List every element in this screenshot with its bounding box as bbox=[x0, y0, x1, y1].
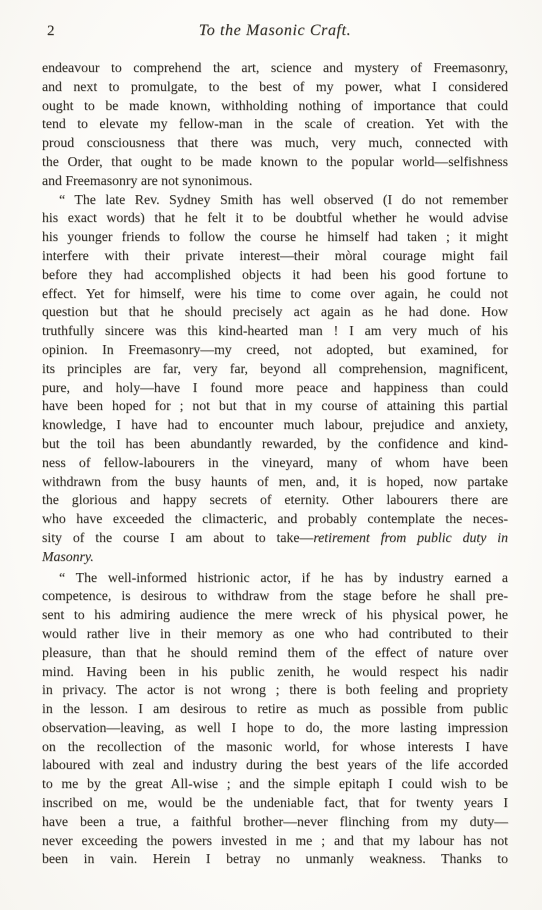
text-line: proud consciousness that there was much,… bbox=[42, 134, 508, 153]
text-line: pleasure, than that he should remind the… bbox=[42, 644, 508, 663]
text-line: would rather live in their memory as one… bbox=[42, 625, 508, 644]
text-line: effect. Yet for himself, were his time t… bbox=[42, 285, 508, 304]
page-number: 2 bbox=[47, 23, 55, 40]
text-line: observation—leaving, as well I hope to d… bbox=[42, 719, 508, 738]
book-page: 2 To the Masonic Craft. endeavour to com… bbox=[0, 0, 542, 910]
running-title: To the Masonic Craft. bbox=[42, 22, 508, 40]
text-line: interfere with their private interest—th… bbox=[42, 247, 508, 266]
text-line: ought to be made known, withholding noth… bbox=[42, 97, 508, 116]
text-line: competence, is desirous to withdraw from… bbox=[42, 587, 508, 606]
paragraph: endeavour to comprehend the art, science… bbox=[42, 59, 508, 191]
text-line: before they had accomplished objects it … bbox=[42, 266, 508, 285]
text-line: never exceeding the powers invested in m… bbox=[42, 832, 508, 851]
text-line: inscribed on me, would be the undeniable… bbox=[42, 794, 508, 813]
text-line: opinion. In Freemasonry—my creed, not ad… bbox=[42, 341, 508, 360]
page-body: endeavour to comprehend the art, science… bbox=[42, 59, 508, 869]
text-line: “ The well-informed histrionic actor, if… bbox=[42, 569, 508, 588]
text-line: have been a true, a faithful brother—nev… bbox=[42, 813, 508, 832]
page-header: 2 To the Masonic Craft. bbox=[42, 22, 508, 44]
text-line: sent to his admiring audience the mere w… bbox=[42, 606, 508, 625]
text-line: the glorious and happy secrets of eterni… bbox=[42, 491, 508, 510]
text-line: “ The late Rev. Sydney Smith has well ob… bbox=[42, 191, 508, 210]
text-line: tend to elevate my fellow-man in the sca… bbox=[42, 115, 508, 134]
text-line: endeavour to comprehend the art, science… bbox=[42, 59, 508, 78]
text-line: his younger friends to follow the course… bbox=[42, 228, 508, 247]
text-line: been in vain. Herein I betray no unmanly… bbox=[42, 850, 508, 869]
text-line: its principles are far, very far, beyond… bbox=[42, 360, 508, 379]
text-line: pure, and holy—have I found more peace a… bbox=[42, 379, 508, 398]
text-line: on the recollection of the masonic world… bbox=[42, 738, 508, 757]
paragraph: “ The well-informed histrionic actor, if… bbox=[42, 569, 508, 870]
text-line: but the toil has been abundantly rewarde… bbox=[42, 435, 508, 454]
text-line: who have exceeded the climacteric, and p… bbox=[42, 510, 508, 529]
text-line: in privacy. The actor is not wrong ; the… bbox=[42, 681, 508, 700]
text-line: in the lesson. I am desirous to retire a… bbox=[42, 700, 508, 719]
text-line: to me by the great All-wise ; and the si… bbox=[42, 775, 508, 794]
text-line: truthfully sincere was this kind-hearted… bbox=[42, 322, 508, 341]
text-line: mind. Having been in his public zenith, … bbox=[42, 663, 508, 682]
text-line: Masonry. bbox=[42, 548, 508, 567]
text-line: withdrawn from the busy haunts of men, a… bbox=[42, 473, 508, 492]
text-line: and Freemasonry are not synonimous. bbox=[42, 172, 508, 191]
text-line: question but that he should precisely ac… bbox=[42, 303, 508, 322]
text-line: the Order, that ought to be made known t… bbox=[42, 153, 508, 172]
text-line: ness of fellow-labourers in the vineyard… bbox=[42, 454, 508, 473]
text-line: laboured with zeal and industry during t… bbox=[42, 756, 508, 775]
text-line: sity of the course I am about to take—re… bbox=[42, 529, 508, 548]
paragraph: “ The late Rev. Sydney Smith has well ob… bbox=[42, 191, 508, 567]
text-line: have been hoped for ; not but that in my… bbox=[42, 397, 508, 416]
text-line: and next to promulgate, to the best of m… bbox=[42, 78, 508, 97]
text-line: knowledge, I have had to encounter much … bbox=[42, 416, 508, 435]
text-line: his exact words) that he felt it to be d… bbox=[42, 209, 508, 228]
